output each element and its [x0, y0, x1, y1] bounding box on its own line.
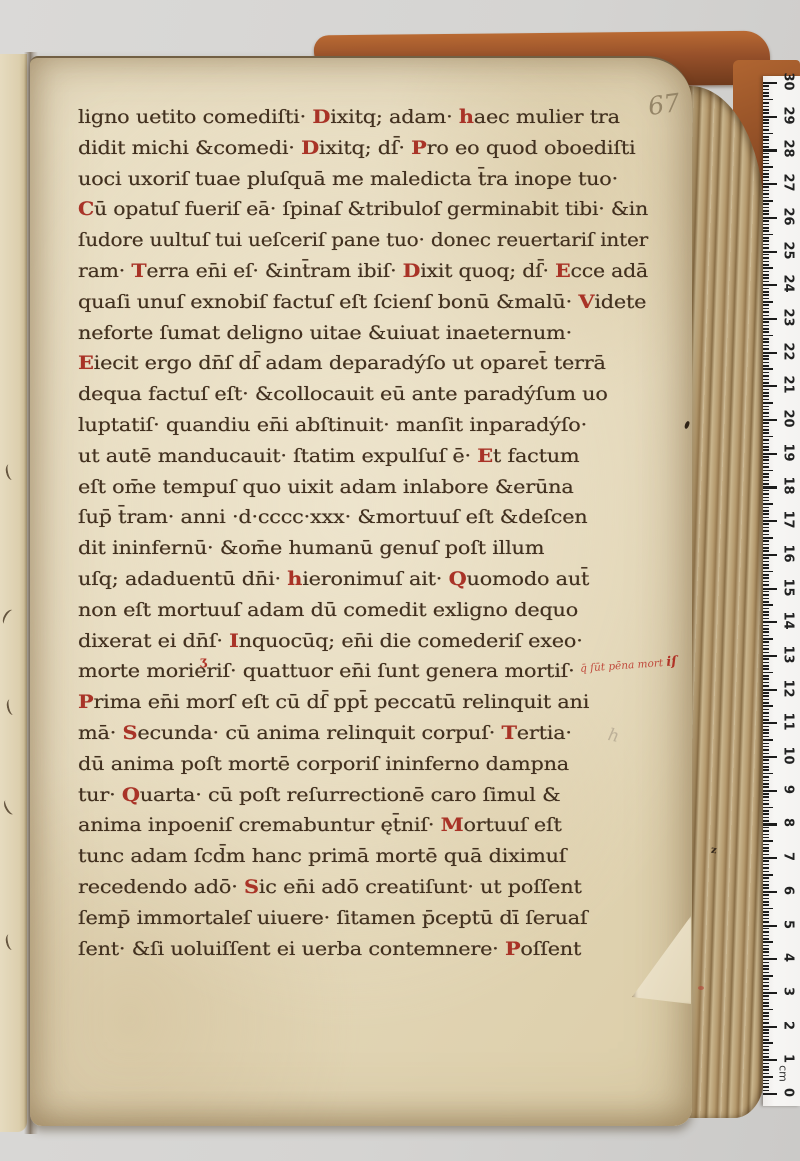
ruler-tick	[763, 898, 769, 900]
ruler-tick	[763, 382, 769, 384]
ruler-tick	[763, 251, 777, 253]
ruler-tick	[763, 82, 777, 84]
ruler-tick	[763, 510, 769, 512]
ruler-tick	[763, 864, 769, 866]
ruler-tick	[763, 392, 769, 394]
ruler-tick	[763, 203, 769, 205]
ruler-tick	[763, 341, 769, 343]
ruler-tick	[763, 1083, 769, 1085]
ruler-tick	[763, 483, 769, 485]
ruler-tick	[763, 1069, 769, 1071]
ruler-tick	[763, 611, 769, 613]
ruler-tick	[763, 783, 769, 785]
ruler-tick	[763, 628, 769, 630]
ruler-tick	[763, 459, 769, 461]
text-segment: ſudore uultuſ tui ueſceriſ pane tuo· don…	[78, 230, 648, 251]
rubric-initial: h	[287, 569, 302, 590]
ruler-tick	[763, 1046, 769, 1048]
ruler-tick	[763, 796, 769, 798]
ruler-tick	[763, 1005, 769, 1007]
ruler-tick	[763, 965, 769, 967]
ruler-tick	[763, 463, 769, 465]
ruler-tick	[763, 126, 769, 128]
ruler-tick	[763, 719, 769, 721]
ruler-tick	[763, 571, 773, 573]
ruler-number: 10	[781, 745, 796, 767]
ruler-tick	[763, 92, 769, 94]
ruler-tick	[763, 271, 769, 273]
ruler-tick	[763, 274, 769, 276]
manuscript-line: Cū opatuſ fueriſ eā· ſpinaſ &tribuloſ ge…	[78, 195, 654, 226]
ruler-tick	[763, 793, 769, 795]
ruler-tick	[763, 931, 769, 933]
ruler-tick	[763, 625, 769, 627]
ruler-tick	[763, 116, 777, 118]
ruler-tick	[763, 813, 769, 815]
ruler-tick	[763, 368, 773, 370]
ruler-tick	[763, 635, 769, 637]
text-segment: ro eo quod oboediſti	[427, 138, 636, 159]
text-segment: ecunda· cū anima relinquit corpuſ·	[137, 723, 501, 744]
ruler-tick	[763, 372, 769, 374]
ruler-tick	[763, 655, 777, 657]
rubric-initial: D	[301, 138, 319, 159]
ruler-tick	[763, 173, 769, 175]
manuscript-line: eſt om̄e tempuſ quo uixit adam inlabore …	[78, 473, 654, 504]
ruler-tick	[763, 473, 769, 475]
ruler-tick	[763, 621, 777, 623]
ruler-tick	[763, 850, 769, 852]
ruler-tick	[763, 490, 769, 492]
rubric-initial: T	[502, 723, 517, 744]
ruler-tick	[763, 109, 769, 111]
ruler-tick	[763, 1032, 769, 1034]
ruler-tick	[763, 985, 769, 987]
text-segment: ſemp̄ immortaleſ uiuere· ſitamen p̄ceptū…	[78, 908, 587, 929]
text-segment: uomodo aut̄	[467, 569, 590, 590]
ruler-tick	[763, 1093, 777, 1095]
ruler-tick	[763, 726, 769, 728]
ruler-tick	[763, 672, 773, 674]
text-segment: uſq; adaduentū dn̄i·	[78, 569, 287, 590]
ruler-tick	[763, 497, 769, 499]
ruler-number: 14	[781, 610, 796, 632]
ruler-tick	[763, 207, 769, 209]
ruler-tick	[763, 790, 777, 792]
ruler-tick	[763, 355, 769, 357]
text-segment: oſſent	[520, 939, 581, 960]
ruler-tick	[763, 520, 777, 522]
text-segment: nquocūq; en̄i die comederiſ exeo·	[239, 631, 583, 652]
ruler-tick	[763, 989, 769, 991]
ruler-tick	[763, 426, 769, 428]
folio-number: 67	[646, 88, 682, 121]
ruler-tick	[763, 668, 769, 670]
text-segment: uarta· cū poſt reſurrectionē caro ſimul …	[140, 785, 561, 806]
manuscript-page: 67 ligno uetito comediſti· Dixitq; adam·…	[30, 56, 692, 1126]
ruler-tick	[763, 968, 769, 970]
ruler-tick	[763, 736, 769, 738]
ruler-tick	[763, 732, 769, 734]
ruler-tick	[763, 298, 769, 300]
ruler-tick	[763, 517, 769, 519]
ruler-tick	[763, 699, 769, 701]
ruler-number: 7	[781, 846, 796, 868]
rubric-initial: T	[131, 261, 146, 282]
ruler-tick	[763, 823, 777, 825]
manuscript-line: dū anima poſt mortē corporiſ ininferno d…	[78, 750, 654, 781]
ruler-tick	[763, 449, 769, 451]
ruler-tick	[763, 419, 777, 421]
ruler-tick	[763, 641, 769, 643]
text-segment: dixerat ei dn̄ſ·	[78, 631, 229, 652]
ruler-tick	[763, 149, 777, 151]
rubric-initial: h	[459, 107, 474, 128]
ruler-tick	[763, 446, 769, 448]
ruler-tick	[763, 955, 769, 957]
ruler-tick	[763, 416, 769, 418]
ruler-tick	[763, 102, 769, 104]
manuscript-line: ſup̄ t̄ram· anni ·d·cccc·xxx· &mortuuſ e…	[78, 503, 654, 534]
ruler-tick	[763, 1086, 769, 1088]
ruler-tick	[763, 224, 769, 226]
ruler-tick	[763, 1076, 773, 1078]
ruler-tick	[763, 163, 769, 165]
text-segment: ligno uetito comediſti·	[78, 107, 312, 128]
ruler-tick	[763, 527, 769, 529]
manuscript-line: uſq; adaduentū dn̄i· hieronimuſ ait· Quo…	[78, 565, 654, 596]
ruler-tick	[763, 432, 769, 434]
ruler-tick	[763, 237, 769, 239]
text-segment: idete	[594, 292, 646, 313]
ruler-tick	[763, 584, 769, 586]
ruler-tick	[763, 1019, 769, 1021]
ruler-tick	[763, 466, 769, 468]
ruler-tick	[763, 389, 769, 391]
text-segment: quaſi unuſ exnobiſ factuſ eſt ſcienſ bon…	[78, 292, 578, 313]
text-segment: morte morieriſ· quattuor en̄i ſunt gener…	[78, 661, 575, 682]
ruler-tick	[763, 618, 769, 620]
manuscript-line: quaſi unuſ exnobiſ factuſ eſt ſcienſ bon…	[78, 288, 654, 319]
ruler-tick	[763, 722, 777, 724]
ruler-number: 9	[781, 778, 796, 800]
ruler-tick	[763, 1029, 769, 1031]
ruler-tick	[763, 112, 769, 114]
ruler-tick	[763, 763, 769, 765]
ruler-tick	[763, 753, 769, 755]
ruler-tick	[763, 385, 777, 387]
ruler-number: 8	[781, 812, 796, 834]
ruler-tick	[763, 493, 769, 495]
ruler-number: 4	[781, 947, 796, 969]
facing-page-ink-mark	[4, 933, 17, 951]
ruler-tick	[763, 436, 773, 438]
ruler-tick	[763, 281, 769, 283]
ruler-tick	[763, 143, 769, 145]
ruler-tick	[763, 220, 769, 222]
ruler-tick	[763, 840, 773, 842]
red-correction-mark: ʒ	[200, 654, 207, 668]
ruler-number: 22	[781, 340, 796, 362]
text-segment: ixit quoq; dſ̄·	[420, 261, 555, 282]
rubric-initial: V	[578, 292, 594, 313]
ruler-tick	[763, 470, 773, 472]
ruler-tick	[763, 588, 777, 590]
ruler-tick	[763, 200, 773, 202]
ruler-tick	[763, 800, 769, 802]
ruler-tick	[763, 1009, 773, 1011]
rubric-initial: M	[441, 815, 464, 836]
ruler-tick	[763, 550, 769, 552]
ruler-tick	[763, 992, 777, 994]
ruler-tick	[763, 729, 769, 731]
ruler-tick	[763, 601, 769, 603]
facing-page-ink-mark	[2, 798, 18, 816]
ruler-tick	[763, 867, 769, 869]
rubric-initial: C	[78, 199, 94, 220]
ruler-tick	[763, 523, 769, 525]
ruler-tick	[763, 945, 769, 947]
ruler-tick	[763, 803, 769, 805]
manuscript-line: morte morieriſ· quattuor en̄i ſunt gener…	[78, 657, 654, 688]
ruler-tick	[763, 938, 769, 940]
ruler-tick	[763, 534, 769, 536]
text-segment: dū anima poſt mortē corporiſ ininferno d…	[78, 754, 569, 775]
ruler-tick	[763, 830, 769, 832]
ruler-tick	[763, 769, 769, 771]
text-segment: anima inpoeniſ cremabuntur ęt̄niſ·	[78, 815, 441, 836]
text-segment: tunc adam ſcd̄m hanc primā mortē quā dix…	[78, 846, 566, 867]
ruler-number: 5	[781, 913, 796, 935]
ruler-tick	[763, 1090, 769, 1092]
ruler-tick	[763, 978, 769, 980]
ruler-tick	[763, 213, 769, 215]
ruler-tick	[763, 1063, 769, 1065]
ruler-tick	[763, 257, 769, 259]
ruler-tick	[763, 190, 769, 192]
ruler-number: 15	[781, 576, 796, 598]
ruler-tick	[763, 321, 769, 323]
text-segment: ixitq; dſ̄·	[319, 138, 411, 159]
ruler-tick	[763, 210, 769, 212]
ruler-tick	[763, 507, 769, 509]
ruler-tick	[763, 925, 777, 927]
rubric-initial: S	[123, 723, 138, 744]
manuscript-line: recedendo adō· Sic en̄i adō creatiſunt· …	[78, 873, 654, 904]
text-segment: ixitq; adam·	[330, 107, 459, 128]
ruler-tick	[763, 975, 773, 977]
measurement-ruler: 0123456789101112131415161718192021222324…	[763, 76, 800, 1106]
manuscript-line: Prima en̄i morſ eſt cū dſ̄ ppt̄ peccatū …	[78, 688, 654, 719]
text-segment: erra en̄i eſ· &int̄ram ibiſ·	[146, 261, 402, 282]
ruler-tick	[763, 264, 769, 266]
ruler-tick	[763, 476, 769, 478]
ruler-tick	[763, 338, 769, 340]
ruler-tick	[763, 1056, 769, 1058]
manuscript-line: didit michi &comedi· Dixitq; dſ̄· Pro eo…	[78, 134, 654, 165]
ruler-tick	[763, 972, 769, 974]
ruler-tick	[763, 160, 769, 162]
text-segment: non eſt mortuuſ adam dū comedit exligno …	[78, 600, 578, 621]
manuscript-line: ſent· &ſi uoluiſſent ei uerba contemnere…	[78, 935, 654, 966]
ruler-tick	[763, 358, 769, 360]
text-segment: neforte ſumat deligno uitae &uiuat inaet…	[78, 323, 572, 344]
manuscript-line: uoci uxoriſ tuae pluſquā me maledicta t̄…	[78, 165, 654, 196]
text-segment: luptatiſ· quandiu en̄i abſtinuit· manſit…	[78, 415, 587, 436]
ruler-tick	[763, 95, 769, 97]
ruler-tick	[763, 395, 769, 397]
facing-page-ink-mark	[5, 698, 18, 716]
ruler-unit-label: cm	[777, 1063, 790, 1085]
ruler-tick	[763, 652, 769, 654]
ruler-tick	[763, 951, 769, 953]
ruler-tick	[763, 1002, 769, 1004]
ruler-tick	[763, 995, 769, 997]
manuscript-line: dit ininfernū· &om̄e humanū genuſ poſt i…	[78, 534, 654, 565]
ruler-tick	[763, 156, 769, 158]
ruler-tick	[763, 288, 769, 290]
ruler-tick	[763, 743, 769, 745]
manuscript-line: non eſt mortuuſ adam dū comedit exligno …	[78, 596, 654, 627]
manuscript-line: neforte ſumat deligno uitae &uiuat inaet…	[78, 319, 654, 350]
ruler-tick	[763, 598, 769, 600]
ruler-tick	[763, 921, 769, 923]
manuscript-line: luptatiſ· quandiu en̄i abſtinuit· manſit…	[78, 411, 654, 442]
ruler-tick	[763, 746, 769, 748]
ruler-tick	[763, 1066, 769, 1068]
ruler-tick	[763, 689, 777, 691]
ruler-tick	[763, 678, 769, 680]
ruler-tick	[763, 1049, 769, 1051]
text-segment: ieronimuſ ait·	[302, 569, 448, 590]
ruler-tick	[763, 1053, 769, 1055]
ruler-tick	[763, 197, 769, 199]
manuscript-line: ut autē manducauit· ſtatim expulſuſ ē· E…	[78, 442, 654, 473]
ruler-tick	[763, 847, 769, 849]
ruler-tick	[763, 705, 773, 707]
ruler-number: 12	[781, 677, 796, 699]
ruler-tick	[763, 139, 769, 141]
ruler-tick	[763, 129, 769, 131]
ruler-number: 29	[781, 104, 796, 126]
ruler-tick	[763, 709, 769, 711]
ruler-tick	[763, 315, 769, 317]
ruler-tick	[763, 304, 769, 306]
ruler-tick	[763, 908, 773, 910]
ruler-tick	[763, 982, 769, 984]
ruler-tick	[763, 331, 769, 333]
ruler-tick	[763, 291, 769, 293]
ruler-tick	[763, 554, 777, 556]
ruler-tick	[763, 244, 769, 246]
manuscript-line: dequa factuſ eſt· &collocauit eū ante pa…	[78, 380, 654, 411]
ruler-tick	[763, 443, 769, 445]
manuscript-text-block: ligno uetito comediſti· Dixitq; adam· ha…	[78, 103, 654, 965]
ruler-tick	[763, 547, 769, 549]
ruler-tick	[763, 837, 769, 839]
ruler-tick	[763, 891, 777, 893]
ruler-tick	[763, 844, 769, 846]
ruler-tick	[763, 1080, 769, 1082]
ruler-tick	[763, 604, 773, 606]
ruler-tick	[763, 348, 769, 350]
rubric-initial: P	[505, 939, 520, 960]
text-segment: ut autē manducauit· ſtatim expulſuſ ē·	[78, 446, 477, 467]
text-segment: ertia·	[517, 723, 572, 744]
ruler-tick	[763, 500, 769, 502]
manuscript-line: tunc adam ſcd̄m hanc primā mortē quā dix…	[78, 842, 654, 873]
ruler-tick	[763, 153, 769, 155]
manuscript-line: tur· Quarta· cū poſt reſurrectionē caro …	[78, 781, 654, 812]
ruler-tick	[763, 716, 769, 718]
ruler-tick	[763, 85, 769, 87]
ruler-number: 19	[781, 441, 796, 463]
manuscript-line: ſudore uultuſ tui ueſceriſ pane tuo· don…	[78, 226, 654, 257]
text-segment: rima en̄i morſ eſt cū dſ̄ ppt̄ peccatū r…	[93, 692, 589, 713]
ruler-tick	[763, 540, 769, 542]
ruler-number: 11	[781, 711, 796, 733]
rubric-initial: E	[477, 446, 493, 467]
ruler-tick	[763, 860, 769, 862]
ruler-tick	[763, 301, 773, 303]
ruler-tick	[763, 887, 769, 889]
manuscript-line: mā· Secunda· cū anima relinquit corpuſ· …	[78, 719, 654, 750]
ruler-number: 27	[781, 172, 796, 194]
ruler-tick	[763, 176, 769, 178]
ruler-number: 24	[781, 273, 796, 295]
ruler-tick	[763, 675, 769, 677]
ruler-tick	[763, 513, 769, 515]
ruler-tick	[763, 1022, 769, 1024]
ruler-tick	[763, 406, 769, 408]
ruler-tick	[763, 277, 769, 279]
ruler-tick	[763, 685, 769, 687]
ruler-tick	[763, 958, 777, 960]
ruler-tick	[763, 1059, 777, 1061]
ruler-tick	[763, 328, 769, 330]
ruler-tick	[763, 807, 773, 809]
ruler-tick	[763, 567, 769, 569]
text-segment: didit michi &comedi·	[78, 138, 301, 159]
ruler-tick	[763, 308, 769, 310]
ruler-tick	[763, 591, 769, 593]
ruler-number: 16	[781, 542, 796, 564]
ruler-tick	[763, 183, 777, 185]
ruler-tick	[763, 749, 769, 751]
ruler-tick	[763, 780, 769, 782]
ruler-tick	[763, 456, 769, 458]
marginal-note-mark: iſ	[666, 654, 678, 670]
ruler-tick	[763, 904, 769, 906]
ruler-number: 21	[781, 374, 796, 396]
ruler-tick	[763, 881, 769, 883]
ruler-tick	[763, 810, 769, 812]
ruler-tick	[763, 857, 777, 859]
text-segment: cce adā	[570, 261, 648, 282]
manuscript-line: anima inpoeniſ cremabuntur ęt̄niſ· Mortu…	[78, 811, 654, 842]
ruler-tick	[763, 776, 769, 778]
rubric-initial: D	[312, 107, 330, 128]
ruler-tick	[763, 665, 769, 667]
ruler-tick	[763, 766, 769, 768]
ruler-tick	[763, 1073, 769, 1075]
ruler-tick	[763, 614, 769, 616]
ruler-tick	[763, 234, 773, 236]
red-fore-edge-mark	[698, 986, 704, 990]
ruler-tick	[763, 365, 769, 367]
ruler-tick	[763, 537, 773, 539]
ruler-tick	[763, 480, 769, 482]
